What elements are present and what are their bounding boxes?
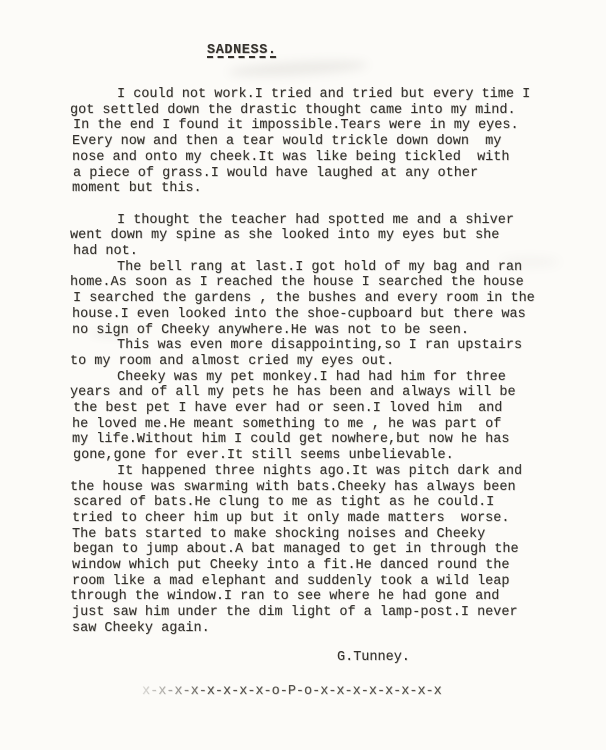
document-page: SADNESS. I could not work.I tried and tr… <box>0 0 606 750</box>
text-line: just saw him under the dim light of a la… <box>72 605 606 621</box>
text-line: went down my spine as she looked into my… <box>70 228 604 244</box>
text-line: Cheeky was my pet monkey.I had had him f… <box>72 370 606 386</box>
text-line: had not. <box>73 244 606 260</box>
text-line: the house was swarming with bats.Cheeky … <box>70 480 604 496</box>
paragraph: The bell rang at last.I got hold of my b… <box>72 260 606 339</box>
text-line: I searched the gardens , the bushes and … <box>73 291 606 307</box>
text-line: home.As soon as I reached the house I se… <box>70 275 604 291</box>
text-line: got settled down the drastic thought cam… <box>70 103 604 119</box>
text-line: a piece of grass.I would have laughed at… <box>73 166 606 182</box>
text-line: moment but this. <box>72 181 606 197</box>
text-line: scared of bats.He clung to me as tight a… <box>73 495 606 511</box>
paragraph: This was even more disappointing,so I ra… <box>72 338 606 369</box>
text-line: room like a mad elephant and suddenly to… <box>72 574 606 590</box>
document-title: SADNESS. <box>207 43 277 58</box>
text-line: years and of all my pets he has been and… <box>70 385 604 401</box>
paragraph: Cheeky was my pet monkey.I had had him f… <box>72 370 606 464</box>
text-line: The bats started to make shocking noises… <box>72 527 606 543</box>
text-line: It happened three nights ago.It was pitc… <box>72 464 606 480</box>
text-line: to my room and almost cried my eyes out. <box>70 354 604 370</box>
text-line: In the end I found it impossible.Tears w… <box>73 118 606 134</box>
text-line: he loved me.He meant something to me , h… <box>72 417 606 433</box>
text-line: my life.Without him I could get nowhere,… <box>72 432 606 448</box>
text-line: began to jump about.A bat managed to get… <box>73 542 606 558</box>
text-line: Every now and then a tear would trickle … <box>72 134 606 150</box>
text-line: house.I even looked into the shoe-cupboa… <box>72 307 606 323</box>
text-line: This was even more disappointing,so I ra… <box>72 338 606 354</box>
text-line: tried to cheer him up but it only made m… <box>72 511 606 527</box>
text-line: The bell rang at last.I got hold of my b… <box>72 260 606 276</box>
text-line: gone,gone for ever.It still seems unbeli… <box>73 448 606 464</box>
paragraph: I could not work.I tried and tried but e… <box>72 87 606 197</box>
document-body: I could not work.I tried and tried but e… <box>72 87 606 637</box>
signature: G.Tunney. <box>337 650 606 665</box>
footer-decoration: x-x-x-x-x-x-x-x-o-P-o-x-x-x-x-x-x-x-x <box>142 684 442 699</box>
ink-smudge <box>228 58 368 78</box>
text-line: through the window.I ran to see where he… <box>70 589 604 605</box>
text-line: I could not work.I tried and tried but e… <box>72 87 606 103</box>
text-line: the best pet I have ever had or seen.I l… <box>73 401 606 417</box>
text-line: saw Cheeky again. <box>72 621 606 637</box>
paragraph: I thought the teacher had spotted me and… <box>72 213 606 260</box>
text-line: window which put Cheeky into a fit.He da… <box>72 558 606 574</box>
text-line: I thought the teacher had spotted me and… <box>72 213 606 229</box>
paragraph: It happened three nights ago.It was pitc… <box>72 464 606 637</box>
text-line: no sign of Cheeky anywhere.He was not to… <box>72 323 606 339</box>
text-line: nose and onto my cheek.It was like being… <box>72 150 606 166</box>
